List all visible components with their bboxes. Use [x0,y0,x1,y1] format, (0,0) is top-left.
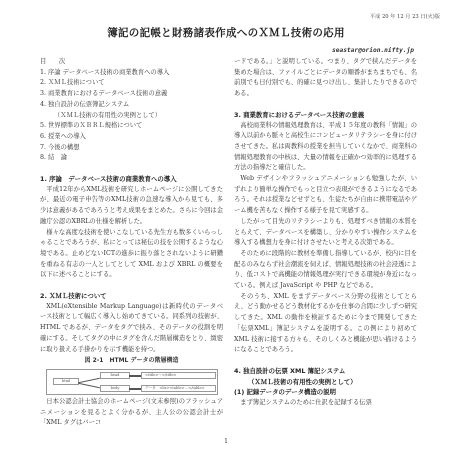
html-hierarchy-diagram: html head body <title>〜</title> データ <br>… [46,369,218,395]
toc-item: 2. ＸＭＬ技術について [40,78,223,89]
node-title: <title>〜</title> [141,372,216,379]
toc-item: 7. 今後の構想 [40,143,223,154]
paragraph: 高校商業科の情報処理教育は、平成１５年度の教科「情報」の導入以前から脈々と高校生… [234,121,417,175]
connector-line [129,388,141,390]
paragraph: XML(eXtensible Markup Language)は新時代のデータベ… [40,302,223,356]
paragraph: 日本公認会計士協会のホームページ(文末参照)のフラッシュアニメーションを見るとよ… [40,397,223,429]
left-column: 目 次 1. 序論 データベース技術の商業教育への導入 2. ＸＭＬ技術について… [40,57,223,429]
node-body: body [100,385,130,392]
node-body-content: データ <br><table>…</table> [141,385,216,392]
section-2-heading: 2. ＸＭＬ技術について [40,291,223,302]
node-html: html [53,378,79,385]
author-email: seastar@orion.nifty.jp [332,47,414,54]
toc-item: 1. 序論 データベース技術の商業教育への導入 [40,68,223,79]
figure-caption: 図 2-1 HTML データの階層構造 [40,356,223,367]
paragraph: そのうち、XML をまずデータベース分野の技術としてとらえ、どう動かせるどう教材… [234,292,417,356]
paragraph: そのために段階的に教材を準備し指導しているが、校内に目を配るのみならず社会潮流を… [234,249,417,292]
connector-line [129,375,141,377]
date-stamp: 平成 20 年 12 月 23 日(火)版 [370,13,440,20]
section-4-subheading: （ＸＭＬ技術の有用性の実例として） [234,377,417,388]
toc-item: 4. 独自設計の伝票簿記システム [40,100,223,111]
toc-item: （ＸＭＬ技術の有用性の実例として） [40,111,223,122]
node-head: head [100,372,130,379]
toc-item: 8. 結 論 [40,153,223,164]
paragraph: ードである。」と説明している。つまり、タグで挟んだデータを集めた場合は、ファイル… [234,57,417,100]
toc-item: 5. 世界標準のＸＢＲＬ規格について [40,121,223,132]
subsection-1-heading: (1) 記録データのデータ構造の説明 [234,387,417,398]
section-3-heading: 3. 商業教育におけるデータベース技術の意義 [234,110,417,121]
section-4-heading: 4. 独自設計の伝票 XML 簿記システム [234,366,417,377]
document-title: 簿記の記帳と財務諸表作成へのＸＭＬ技術の応用 [0,25,452,40]
toc-heading: 目 次 [40,57,223,68]
paragraph: Web デザインやフラッシュアニメーションも勉強したが、いずれより簡単な操作でも… [234,174,417,217]
page-number: 1 [0,438,452,445]
connector-line [78,383,100,389]
paragraph: まず簿記システムのために仕訳を記録する伝票 [234,398,417,409]
toc-item: 6. 授業への導入 [40,132,223,143]
paragraph: 様々な高度な技術を使いこなしている先生方も数多くいらっしゃることであろうが、私に… [40,228,223,282]
section-1-heading: 1. 序論 データベース技術の商業教育への導入 [40,174,223,185]
right-column: ードである。」と説明している。つまり、タグで挟んだデータを集めた場合は、ファイル… [234,57,417,409]
paragraph: 平成12年からXML技術を研究しホームページに公開してきたが、最近の電子申告等の… [40,185,223,228]
paragraph: したがって目先のリテラシーよりも、処理すべき情報の本質をとらえて、データベースを… [234,217,417,249]
toc-item: 3. 商業教育におけるデータベース技術の意義 [40,89,223,100]
table-of-contents: 目 次 1. 序論 データベース技術の商業教育への導入 2. ＸＭＬ技術について… [40,57,223,164]
